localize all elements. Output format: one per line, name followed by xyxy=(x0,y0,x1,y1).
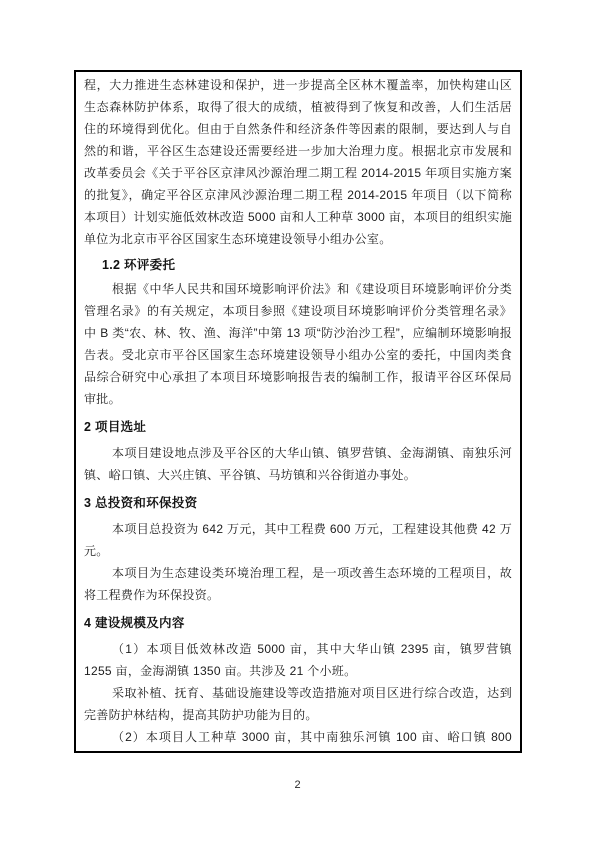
section-heading: 2 项目选址 xyxy=(84,416,512,438)
section-heading: 3 总投资和环保投资 xyxy=(84,492,512,514)
paragraph: 本项目总投资为 642 万元，其中工程费 600 万元，工程建设其他费 42 万… xyxy=(84,518,512,562)
paragraph: 程，大力推进生态林建设和保护，进一步提高全区林木覆盖率，加快构建山区生态森林防护… xyxy=(84,74,512,250)
page-number: 2 xyxy=(0,779,595,791)
paragraph: 本项目建设地点涉及平谷区的大华山镇、镇罗营镇、金海湖镇、南独乐河镇、峪口镇、大兴… xyxy=(84,442,512,486)
section-heading: 4 建设规模及内容 xyxy=(84,612,512,634)
paragraph: （1）本项目低效林改造 5000 亩，其中大华山镇 2395 亩，镇罗营镇 12… xyxy=(84,638,512,682)
document-page: 程，大力推进生态林建设和保护，进一步提高全区林木覆盖率，加快构建山区生态森林防护… xyxy=(0,0,595,841)
paragraph: 采取补植、抚育、基础设施建设等改造措施对项目区进行综合改造，达到完善防护林结构，… xyxy=(84,682,512,726)
section-heading: 1.2 环评委托 xyxy=(84,254,512,276)
paragraph: （2）本项目人工种草 3000 亩，其中南独乐河镇 100 亩、峪口镇 800 … xyxy=(84,726,512,753)
paragraph: 本项目为生态建设类环境治理工程，是一项改善生态环境的工程项目，故将工程费作为环保… xyxy=(84,562,512,606)
paragraph: 根据《中华人民共和国环境影响评价法》和《建设项目环境影响评价分类管理名录》的有关… xyxy=(84,278,512,410)
report-table-cell: 程，大力推进生态林建设和保护，进一步提高全区林木覆盖率，加快构建山区生态森林防护… xyxy=(74,70,522,753)
document-body: 程，大力推进生态林建设和保护，进一步提高全区林木覆盖率，加快构建山区生态森林防护… xyxy=(84,74,512,753)
